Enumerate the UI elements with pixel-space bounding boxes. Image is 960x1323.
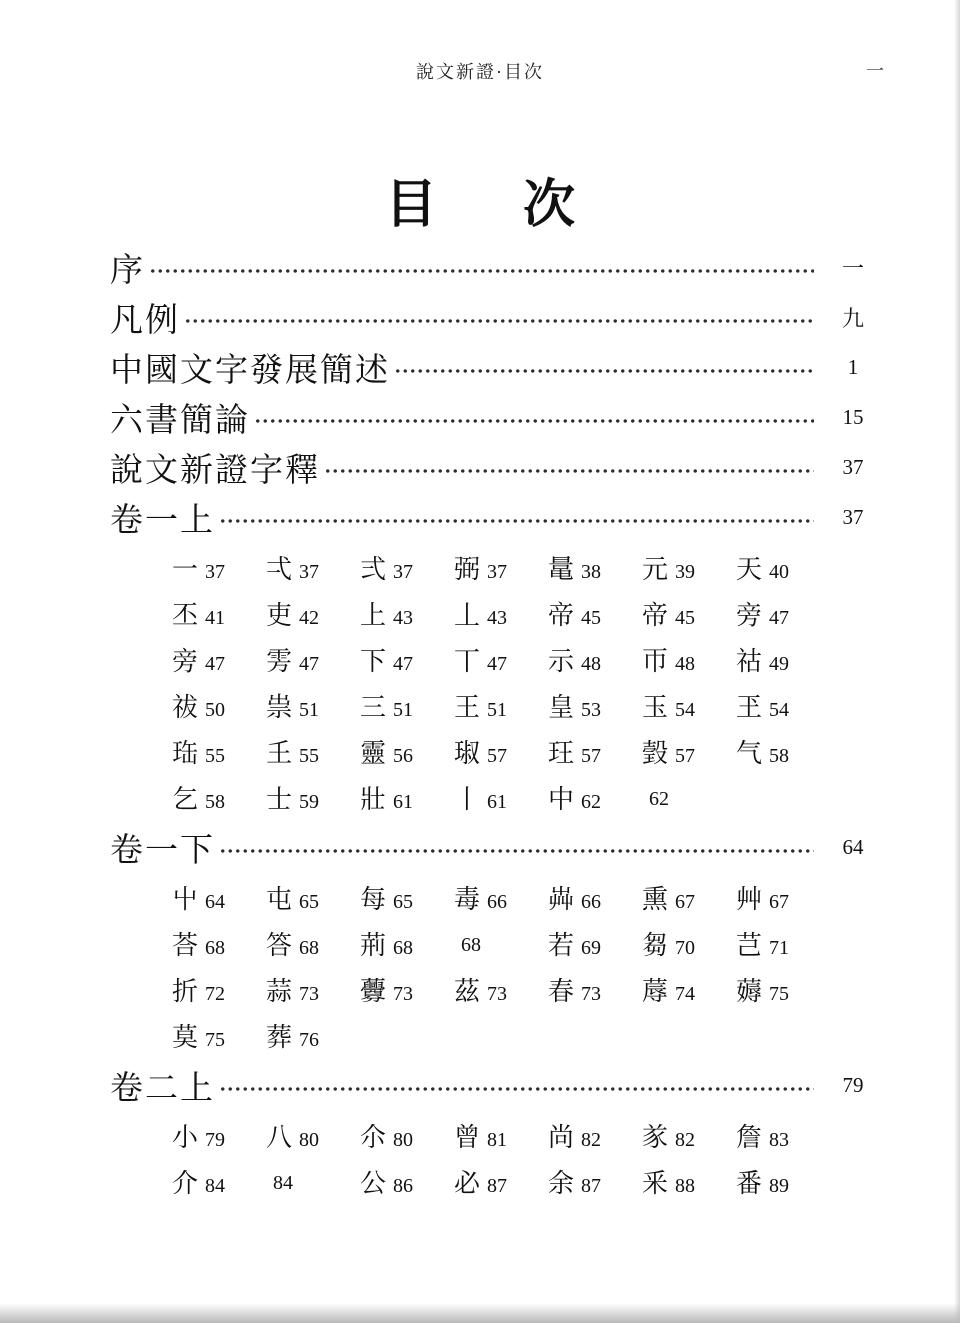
grid-char-entry: 詹83 [736,1117,830,1154]
page-number: 55 [299,745,319,767]
page-number: 61 [393,791,413,813]
grid-char-entry: 祓50 [172,687,266,724]
head-character: 春 [548,977,574,1006]
page-number: 79 [205,1129,225,1151]
head-character: 葬 [266,1023,292,1052]
head-character: 莫 [172,1023,198,1052]
page-number: 54 [769,699,789,721]
page-number: 73 [487,983,507,1005]
head-character: 番 [736,1169,762,1198]
grid-char-entry: 𦮓68 [454,928,548,958]
head-character: 蓐 [642,977,668,1006]
page-number: 66 [581,891,601,913]
page-number: 75 [205,1029,225,1051]
head-character: 𡈼 [266,739,292,768]
toc-entry-page: 1 [824,355,882,380]
grid-char-entry: 𠁩62 [642,782,736,812]
grid-char-entry: 蒜73 [266,971,360,1008]
head-character: 必 [454,1169,480,1198]
grid-char-entry: 蓐74 [642,971,736,1008]
grid-char-entry: 虋73 [360,971,454,1008]
page-number: 69 [581,937,601,959]
grid-char-entry: 𠔁84 [266,1166,360,1196]
toc-entry: 六書簡論15 [110,392,882,442]
page-number: 62 [649,788,669,810]
character-grid-row: 丕41吏42上43丄43帝45帝45旁47 [172,590,882,636]
grid-char-entry: 毒66 [454,879,548,916]
toc-entry-page: 一 [824,252,882,283]
page-number: 57 [487,745,507,767]
running-header: 說文新證·目次 [0,58,960,84]
grid-char-entry: 莫75 [172,1017,266,1054]
character-grid-row: 莫75葬76 [172,1012,882,1058]
grid-char-entry: 荅68 [172,925,266,962]
page-number: 55 [205,745,225,767]
head-character: 下 [360,647,386,676]
grid-char-entry: 若69 [548,925,642,962]
head-character: 荅 [172,931,198,960]
head-character: 弼 [454,555,480,584]
head-character: 壯 [360,785,386,814]
grid-char-entry: 必87 [454,1163,548,1200]
character-grid-row: 介84𠔁84公86必87余87釆88番89 [172,1158,882,1204]
toc-body: 序一凡例九中國文字發展簡述1六書簡論15說文新證字釋37卷一上37一37弌37弍… [110,242,882,1206]
head-character: 艸 [736,885,762,914]
grid-char-entry: 𡈼55 [266,733,360,770]
grid-char-entry: 葬76 [266,1017,360,1054]
head-character: 帀 [642,647,668,676]
page-title: 目次 [0,162,960,237]
grid-char-entry: 元39 [642,549,736,586]
head-character: 帝 [642,601,668,630]
page-number: 37 [205,561,225,583]
head-character: 介 [172,1169,198,1198]
grid-char-entry: 乞58 [172,779,266,816]
head-character: 玨 [548,739,574,768]
toc-entry: 凡例九 [110,292,882,342]
page-number: 74 [675,983,695,1005]
grid-char-entry: 熏67 [642,879,736,916]
head-character: 余 [548,1169,574,1198]
page-number: 81 [487,1129,507,1151]
toc-entry-page: 79 [824,1073,882,1098]
page-number: 48 [675,653,695,675]
head-character: 珤 [172,739,198,768]
page-number: 56 [393,745,413,767]
page-number: 87 [487,1175,507,1197]
page-number: 84 [205,1175,225,1197]
head-character: 雱 [266,647,292,676]
character-grid-row: 乞58士59壯61丨61中62𠁩62 [172,774,882,820]
page-number: 73 [581,983,601,1005]
head-character: 虋 [360,977,386,1006]
page-number: 82 [581,1129,601,1151]
grid-char-entry: 㒸82 [642,1117,736,1154]
grid-char-entry: 弌37 [266,549,360,586]
page-number: 82 [675,1129,695,1151]
grid-char-entry: 下47 [360,641,454,678]
page-number: 87 [581,1175,601,1197]
head-character: 靈 [360,739,386,768]
grid-char-entry: 琡57 [454,733,548,770]
dot-leader [324,468,814,474]
head-character: 王 [454,693,480,722]
page-number: 89 [769,1175,789,1197]
grid-char-entry: 中62 [548,779,642,816]
head-character: 玉 [642,693,668,722]
character-grid-row: 屮64屯65每65毒66芔66熏67艸67 [172,874,882,920]
grid-char-entry: 帝45 [548,595,642,632]
grid-char-entry: 祟51 [266,687,360,724]
grid-char-entry: 旁47 [736,595,830,632]
head-character: 上 [360,601,386,630]
grid-char-entry: 王51 [454,687,548,724]
grid-char-entry: 八80 [266,1117,360,1154]
grid-char-entry: 天40 [736,549,830,586]
character-grid-row: 小79八80尒80曾81尚82㒸82詹83 [172,1112,882,1158]
toc-entry: 卷二上79 [110,1060,882,1110]
head-character: 鼌 [548,555,574,584]
grid-char-entry: 丨61 [454,779,548,816]
character-grid-row: 荅68答68荊68𦮓68若69芻70芑71 [172,920,882,966]
head-character: 尒 [360,1123,386,1152]
toc-entry-page: 九 [824,302,882,333]
head-character: 㒸 [642,1123,668,1152]
page-number: 45 [675,607,695,629]
head-character: 折 [172,977,198,1006]
page-number: 37 [487,561,507,583]
character-grid-row: 祓50祟51三51王51皇53玉54玊54 [172,682,882,728]
head-character: 每 [360,885,386,914]
page-number: 65 [299,891,319,913]
folio-page-number: 一 [866,57,884,83]
head-character: 小 [172,1123,198,1152]
grid-char-entry: 一37 [172,549,266,586]
head-character: 示 [548,647,574,676]
page-number: 45 [581,607,601,629]
toc-entry-page: 64 [824,835,882,860]
page-number: 71 [769,937,789,959]
page-number: 47 [205,653,225,675]
grid-char-entry: 雱47 [266,641,360,678]
head-character: 吏 [266,601,292,630]
character-grid-row: 旁47雱47下47丅47示48帀48祜49 [172,636,882,682]
head-character: 丕 [172,601,198,630]
grid-char-entry: 玉54 [642,687,736,724]
head-character: 弍 [360,555,386,584]
head-character: 蒜 [266,977,292,1006]
character-grid: 屮64屯65每65毒66芔66熏67艸67荅68答68荊68𦮓68若69芻70芑… [172,874,882,1058]
grid-char-entry: 玨57 [548,733,642,770]
page-number: 86 [393,1175,413,1197]
grid-char-entry: 帀48 [642,641,736,678]
page-number: 59 [299,791,319,813]
page-number: 80 [393,1129,413,1151]
page-number: 39 [675,561,695,583]
grid-char-entry: 茲73 [454,971,548,1008]
grid-char-entry: 玊54 [736,687,830,724]
character-grid-row: 折72蒜73虋73茲73春73蓐74薅75 [172,966,882,1012]
grid-char-entry: 皇53 [548,687,642,724]
page-number: 84 [273,1172,293,1194]
page-number: 62 [581,791,601,813]
page-number: 73 [393,983,413,1005]
character-grid-row: 珤55𡈼55靈56琡57玨57瑴57气58 [172,728,882,774]
head-character: 气 [736,739,762,768]
head-character: 八 [266,1123,292,1152]
page-number: 53 [581,699,601,721]
page-number: 50 [205,699,225,721]
head-character: 丅 [454,647,480,676]
head-character: 尚 [548,1123,574,1152]
page-number: 57 [675,745,695,767]
toc-entry-page: 37 [824,455,882,480]
toc-entry: 卷一下64 [110,822,882,872]
head-character: 祓 [172,693,198,722]
grid-char-entry: 丅47 [454,641,548,678]
toc-entry-label: 序 [110,244,145,291]
grid-char-entry: 尚82 [548,1117,642,1154]
page-number: 51 [393,699,413,721]
grid-char-entry: 弼37 [454,549,548,586]
page-number: 68 [393,937,413,959]
head-character: 祜 [736,647,762,676]
head-character: 玊 [736,693,762,722]
head-character: 屯 [266,885,292,914]
page-number: 40 [769,561,789,583]
page-title-char-2: 次 [523,177,575,234]
grid-char-entry: 公86 [360,1163,454,1200]
grid-char-entry: 珤55 [172,733,266,770]
grid-char-entry: 尒80 [360,1117,454,1154]
grid-char-entry: 靈56 [360,733,454,770]
grid-char-entry: 荊68 [360,925,454,962]
head-character: 中 [548,785,574,814]
page-number: 41 [205,607,225,629]
grid-char-entry: 吏42 [266,595,360,632]
page-number: 37 [299,561,319,583]
toc-entry-label: 卷二上 [110,1062,215,1109]
grid-char-entry: 帝45 [642,595,736,632]
grid-char-entry: 旁47 [172,641,266,678]
head-character: 屮 [172,885,198,914]
grid-char-entry: 答68 [266,925,360,962]
grid-char-entry: 折72 [172,971,266,1008]
page-number: 68 [299,937,319,959]
head-character: 皇 [548,693,574,722]
page-number: 37 [393,561,413,583]
head-character: 丨 [454,785,480,814]
grid-char-entry: 芔66 [548,879,642,916]
head-character: 帝 [548,601,574,630]
grid-char-entry: 番89 [736,1163,830,1200]
grid-char-entry: 屯65 [266,879,360,916]
grid-char-entry: 曾81 [454,1117,548,1154]
page-number: 54 [675,699,695,721]
dot-leader [219,518,814,524]
page-number: 49 [769,653,789,675]
toc-entry: 中國文字發展簡述1 [110,342,882,392]
page-number: 88 [675,1175,695,1197]
head-character: 茲 [454,977,480,1006]
page-number: 58 [769,745,789,767]
head-character: 薅 [736,977,762,1006]
page-number: 65 [393,891,413,913]
scan-edge-bottom [0,1303,960,1323]
toc-entry: 說文新證字釋37 [110,442,882,492]
page-number: 61 [487,791,507,813]
toc-entry-label: 六書簡論 [110,394,250,441]
page-number: 68 [461,934,481,956]
head-character: 一 [172,555,198,584]
page-number: 38 [581,561,601,583]
head-character: 琡 [454,739,480,768]
grid-char-entry: 丕41 [172,595,266,632]
page-number: 47 [299,653,319,675]
head-character: 天 [736,555,762,584]
grid-char-entry: 介84 [172,1163,266,1200]
head-character: 祟 [266,693,292,722]
page-number: 67 [675,891,695,913]
dot-leader [184,318,814,324]
head-character: 詹 [736,1123,762,1152]
page-number: 47 [769,607,789,629]
grid-char-entry: 芑71 [736,925,830,962]
head-character: 曾 [454,1123,480,1152]
head-character: 旁 [736,601,762,630]
page-number: 66 [487,891,507,913]
grid-char-entry: 芻70 [642,925,736,962]
head-character: 芑 [736,931,762,960]
head-character: 士 [266,785,292,814]
head-character: 答 [266,931,292,960]
dot-leader [149,268,814,274]
head-character: 瑴 [642,739,668,768]
grid-char-entry: 士59 [266,779,360,816]
grid-char-entry: 艸67 [736,879,830,916]
grid-char-entry: 上43 [360,595,454,632]
page-number: 75 [769,983,789,1005]
toc-entry-label: 卷一下 [110,824,215,871]
head-character: 芔 [548,885,574,914]
page-number: 64 [205,891,225,913]
head-character: 荊 [360,931,386,960]
grid-char-entry: 鼌38 [548,549,642,586]
page-title-char-1: 目 [385,177,437,234]
page-number: 51 [487,699,507,721]
page-number: 43 [393,607,413,629]
page-number: 73 [299,983,319,1005]
head-character: 乞 [172,785,198,814]
page-number: 57 [581,745,601,767]
dot-leader [254,418,814,424]
grid-char-entry: 气58 [736,733,830,770]
toc-entry-label: 卷一上 [110,494,215,541]
toc-entry-label: 凡例 [110,294,180,341]
grid-char-entry: 祜49 [736,641,830,678]
toc-entry-page: 15 [824,405,882,430]
grid-char-entry: 屮64 [172,879,266,916]
page-number: 83 [769,1129,789,1151]
grid-char-entry: 示48 [548,641,642,678]
grid-char-entry: 三51 [360,687,454,724]
head-character: 釆 [642,1169,668,1198]
toc-entry: 序一 [110,242,882,292]
head-character: 公 [360,1169,386,1198]
head-character: 弌 [266,555,292,584]
head-character: 芻 [642,931,668,960]
page-number: 68 [205,937,225,959]
head-character: 元 [642,555,668,584]
grid-char-entry: 每65 [360,879,454,916]
page-number: 48 [581,653,601,675]
page-number: 58 [205,791,225,813]
head-character: 三 [360,693,386,722]
head-character: 熏 [642,885,668,914]
grid-char-entry: 薅75 [736,971,830,1008]
dot-leader [219,1086,814,1092]
page-number: 47 [487,653,507,675]
page-number: 47 [393,653,413,675]
character-grid: 小79八80尒80曾81尚82㒸82詹83介84𠔁84公86必87余87釆88番… [172,1112,882,1204]
scan-edge-right [954,0,960,1323]
page-number: 80 [299,1129,319,1151]
grid-char-entry: 余87 [548,1163,642,1200]
page-number: 42 [299,607,319,629]
page-number: 70 [675,937,695,959]
page-number: 51 [299,699,319,721]
page-number: 43 [487,607,507,629]
toc-entry-page: 37 [824,505,882,530]
toc-entry-label: 中國文字發展簡述 [110,344,390,391]
grid-char-entry: 釆88 [642,1163,736,1200]
toc-entry-label: 說文新證字釋 [110,444,320,491]
grid-char-entry: 壯61 [360,779,454,816]
character-grid-row: 一37弌37弍37弼37鼌38元39天40 [172,544,882,590]
grid-char-entry: 丄43 [454,595,548,632]
document-page: 說文新證·目次 一 目次 序一凡例九中國文字發展簡述1六書簡論15說文新證字釋3… [0,0,960,1323]
grid-char-entry: 弍37 [360,549,454,586]
head-character: 若 [548,931,574,960]
page-number: 67 [769,891,789,913]
page-number: 72 [205,983,225,1005]
head-character: 毒 [454,885,480,914]
grid-char-entry: 春73 [548,971,642,1008]
character-grid: 一37弌37弍37弼37鼌38元39天40丕41吏42上43丄43帝45帝45旁… [172,544,882,820]
toc-entry: 卷一上37 [110,492,882,542]
page-number: 76 [299,1029,319,1051]
grid-char-entry: 瑴57 [642,733,736,770]
grid-char-entry: 小79 [172,1117,266,1154]
head-character: 丄 [454,601,480,630]
head-character: 旁 [172,647,198,676]
dot-leader [394,368,814,374]
dot-leader [219,848,814,854]
